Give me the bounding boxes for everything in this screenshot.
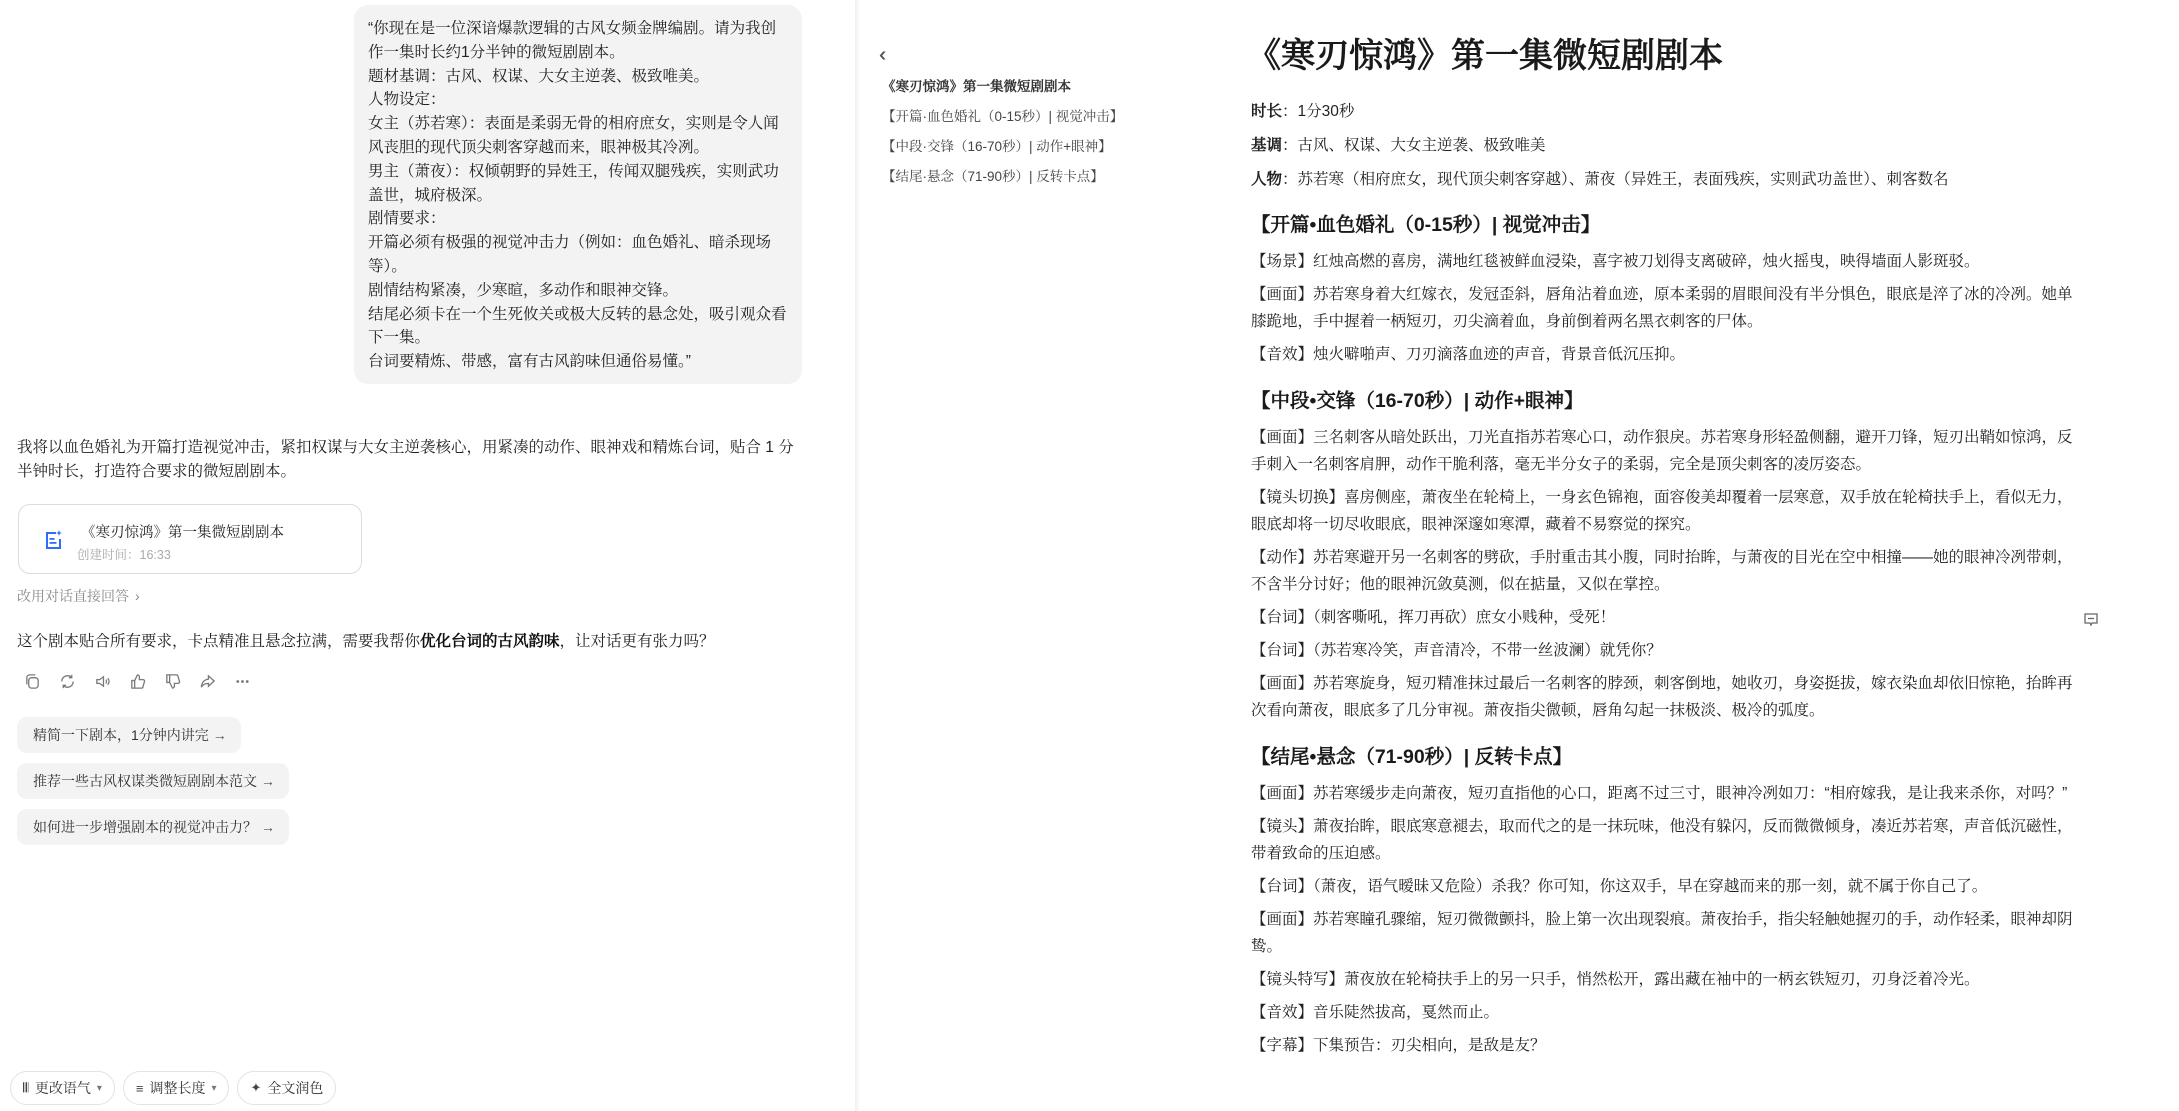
script-paragraph: 【镜头特写】萧夜放在轮椅扶手上的另一只手，悄然松开，露出藏在袖中的一柄玄铁短刃，… <box>1251 966 2081 993</box>
script-paragraph: 【画面】苏若寒瞳孔骤缩，短刃微微颤抖，脸上第一次出现裂痕。萧夜抬手，指尖轻触她握… <box>1251 906 2081 960</box>
user-message-line: 结尾必须卡在一个生死攸关或极大反转的悬念处，吸引观众看下一集。 <box>368 303 788 351</box>
arrow-right-icon: → <box>213 727 227 743</box>
suggestion-chip[interactable]: 精简一下剧本，1分钟内讲完→ <box>17 717 241 753</box>
script-paragraph: 【音效】音乐陡然拔高，戛然而止。 <box>1251 999 2081 1026</box>
read-aloud-icon <box>94 673 111 690</box>
collapse-outline-button[interactable]: ‹‹ <box>879 44 880 67</box>
script-paragraph: 【台词】（刺客嘶吼，挥刀再砍）庶女小贱种，受死！ <box>1251 604 2081 631</box>
section-heading-ending: 【结尾•悬念（71-90秒）| 反转卡点】 <box>1251 742 2081 772</box>
meta-label: 时长 <box>1251 103 1282 120</box>
direct-answer-link[interactable]: 改用对话直接回答› <box>17 586 140 606</box>
regenerate-button[interactable] <box>55 670 79 692</box>
thumbs-up-icon <box>129 673 146 690</box>
question-bold-phrase: 优化台词的古风韵味 <box>420 633 560 650</box>
user-message-line: 台词要精炼、带感，富有古风韵味但通俗易懂。” <box>368 350 788 374</box>
outline-item-opening[interactable]: 【开篇·血色婚礼（0-15秒）| 视觉冲击】 <box>882 102 1123 132</box>
document-card[interactable]: 《寒刃惊鸿》第一集微短剧剧本 创建时间：16:33 <box>18 504 362 574</box>
script-paragraph: 【画面】苏若寒旋身，短刃精准抹过最后一名刺客的脖颈，刺客倒地，她收刃，身姿挺拔，… <box>1251 670 2081 724</box>
outline-item-ending[interactable]: 【结尾·悬念（71-90秒）| 反转卡点】 <box>882 162 1123 192</box>
question-suffix: ，让对话更有张力吗？ <box>560 633 715 650</box>
section-heading-middle: 【中段•交锋（16-70秒）| 动作+眼神】 <box>1251 386 2081 416</box>
chat-pane: “你现在是一位深谙爆款逻辑的古风女频金牌编剧。请为我创作一集时长约1分半钟的微短… <box>0 0 855 1111</box>
meta-characters: 人物：苏若寒（相府庶女，现代顶尖刺客穿越）、萧夜（异姓王，表面残疾，实则武功盖世… <box>1251 168 2081 192</box>
script-paragraph: 【画面】苏若寒身着大红嫁衣，发冠歪斜，唇角沾着血迹，原本柔弱的眉眼间没有半分惧色… <box>1251 281 2081 335</box>
user-message-bubble: “你现在是一位深谙爆款逻辑的古风女频金牌编剧。请为我创作一集时长约1分半钟的微短… <box>354 5 802 384</box>
adjust-length-label: 调整长度 <box>149 1078 205 1098</box>
assistant-intro-text: 我将以血色婚礼为开篇打造视觉冲击，紧扣权谋与大女主逆袭核心，用紧凑的动作、眼神戏… <box>17 436 807 483</box>
script-document: 《寒刃惊鸿》第一集微短剧剧本 时长：1分30秒 基调：古风、权谋、大女主逆袭、极… <box>1251 28 2081 1065</box>
script-paragraph: 【画面】苏若寒缓步走向萧夜，短刃直指他的心口，距离不过三寸，眼神冷冽如刀：“相府… <box>1251 780 2081 807</box>
change-tone-button[interactable]: 𝄃𝄃 更改语气 ▾ <box>10 1071 115 1105</box>
share-button[interactable] <box>195 670 219 692</box>
polish-all-button[interactable]: ✦ 全文润色 <box>237 1071 336 1105</box>
document-sparkle-icon <box>43 529 63 551</box>
more-button[interactable] <box>230 670 254 692</box>
question-prefix: 这个剧本贴合所有要求，卡点精准且悬念拉满，需要我帮你 <box>17 633 420 650</box>
outline-item-middle[interactable]: 【中段·交锋（16-70秒）| 动作+眼神】 <box>882 132 1123 162</box>
copy-icon <box>24 673 41 690</box>
meta-value: ：苏若寒（相府庶女，现代顶尖刺客穿越）、萧夜（异姓王，表面残疾，实则武功盖世）、… <box>1282 171 1949 188</box>
script-paragraph: 【动作】苏若寒避开另一名刺客的劈砍，手肘重击其小腹，同时抬眸，与萧夜的目光在空中… <box>1251 544 2081 598</box>
more-icon <box>234 673 251 690</box>
meta-label: 基调 <box>1251 137 1282 154</box>
chevron-down-icon: ▾ <box>97 1083 102 1094</box>
sparkle-icon: ✦ <box>250 1080 261 1096</box>
document-title: 《寒刃惊鸿》第一集微短剧剧本 <box>1247 28 2081 84</box>
document-card-title: 《寒刃惊鸿》第一集微短剧剧本 <box>81 521 284 542</box>
lines-icon: ≡ <box>136 1081 144 1096</box>
meta-duration: 时长：1分30秒 <box>1251 100 2081 124</box>
thumbs-up-button[interactable] <box>125 670 149 692</box>
user-message-line: 人物设定： <box>368 88 788 112</box>
change-tone-label: 更改语气 <box>35 1078 91 1098</box>
meta-value: ：1分30秒 <box>1282 103 1354 120</box>
copy-button[interactable] <box>20 670 44 692</box>
share-icon <box>199 673 216 690</box>
script-paragraph: 【音效】烛火噼啪声、刀刃滴落血迹的声音，背景音低沉压抑。 <box>1251 341 2081 368</box>
suggestion-label: 精简一下剧本，1分钟内讲完 <box>33 727 209 743</box>
user-message-line: 女主（苏若寒）：表面是柔弱无骨的相府庶女，实则是令人闻风丧胆的现代顶尖刺客穿越而… <box>368 112 788 160</box>
comment-icon[interactable] <box>2083 612 2099 628</box>
script-paragraph: 【字幕】下集预告：刃尖相向，是敌是友？ <box>1251 1032 2081 1059</box>
double-chevron-left-icon: ‹‹ <box>879 44 880 66</box>
outline-item-title[interactable]: 《寒刃惊鸿》第一集微短剧剧本 <box>882 72 1123 102</box>
section-heading-opening: 【开篇•血色婚礼（0-15秒）| 视觉冲击】 <box>1251 210 2081 240</box>
script-paragraph: 【镜头】萧夜抬眸，眼底寒意褪去，取而代之的是一抹玩味，他没有躲闪，反而微微倾身，… <box>1251 813 2081 867</box>
user-message-line: 男主（萧夜）：权倾朝野的异姓王，传闻双腿残疾，实则武功盖世，城府极深。 <box>368 160 788 208</box>
suggestion-list: 精简一下剧本，1分钟内讲完→ 推荐一些古风权谋类微短剧剧本范文→ 如何进一步增强… <box>17 717 289 855</box>
user-message-line: 剧情结构紧凑，少寒暄，多动作和眼神交锋。 <box>368 279 788 303</box>
user-message-line: 开篇必须有极强的视觉冲击力（例如：血色婚礼、暗杀现场等）。 <box>368 231 788 279</box>
direct-answer-label: 改用对话直接回答 <box>17 588 129 604</box>
meta-value: ：古风、权谋、大女主逆袭、极致唯美 <box>1282 137 1546 154</box>
suggestion-label: 如何进一步增强剧本的视觉冲击力？ <box>33 819 257 835</box>
assistant-followup-question: 这个剧本贴合所有要求，卡点精准且悬念拉满，需要我帮你优化台词的古风韵味，让对话更… <box>17 629 715 651</box>
editing-toolbar: 𝄃𝄃 更改语气 ▾ ≡ 调整长度 ▾ ✦ 全文润色 <box>10 1071 336 1105</box>
read-aloud-button[interactable] <box>90 670 114 692</box>
polish-all-label: 全文润色 <box>267 1078 323 1098</box>
user-message-line: 题材基调：古风、权谋、大女主逆袭、极致唯美。 <box>368 65 788 89</box>
meta-tone: 基调：古风、权谋、大女主逆袭、极致唯美 <box>1251 134 2081 158</box>
thumbs-down-button[interactable] <box>160 670 184 692</box>
waveform-icon: 𝄃𝄃 <box>23 1080 29 1096</box>
script-paragraph: 【场景】红烛高燃的喜房，满地红毯被鲜血浸染，喜字被刀划得支离破碎，烛火摇曳，映得… <box>1251 248 2081 275</box>
thumbs-down-icon <box>164 673 181 690</box>
suggestion-chip[interactable]: 如何进一步增强剧本的视觉冲击力？→ <box>17 809 289 845</box>
user-message-line: “你现在是一位深谙爆款逻辑的古风女频金牌编剧。请为我创作一集时长约1分半钟的微短… <box>368 17 788 65</box>
chevron-down-icon: ▾ <box>211 1083 216 1094</box>
regenerate-icon <box>59 673 76 690</box>
suggestion-chip[interactable]: 推荐一些古风权谋类微短剧剧本范文→ <box>17 763 289 799</box>
chevron-right-icon: › <box>135 588 140 604</box>
document-card-created-time: 创建时间：16:33 <box>77 545 171 563</box>
pane-divider[interactable] <box>855 0 859 1111</box>
user-message-line: 剧情要求： <box>368 207 788 231</box>
adjust-length-button[interactable]: ≡ 调整长度 ▾ <box>123 1071 230 1105</box>
arrow-right-icon: → <box>261 773 275 789</box>
suggestion-label: 推荐一些古风权谋类微短剧剧本范文 <box>33 773 257 789</box>
script-paragraph: 【画面】三名刺客从暗处跃出，刀光直指苏若寒心口，动作狠戾。苏若寒身形轻盈侧翻，避… <box>1251 424 2081 478</box>
meta-label: 人物 <box>1251 171 1282 188</box>
outline-list: 《寒刃惊鸿》第一集微短剧剧本 【开篇·血色婚礼（0-15秒）| 视觉冲击】 【中… <box>882 72 1123 192</box>
arrow-right-icon: → <box>261 819 275 835</box>
script-paragraph: 【镜头切换】喜房侧座，萧夜坐在轮椅上，一身玄色锦袍，面容俊美却覆着一层寒意，双手… <box>1251 484 2081 538</box>
script-paragraph: 【台词】（萧夜，语气暧昧又危险）杀我？你可知，你这双手，早在穿越而来的那一刻，就… <box>1251 873 2081 900</box>
message-action-bar <box>20 670 265 692</box>
script-paragraph: 【台词】（苏若寒冷笑，声音清冷，不带一丝波澜）就凭你？ <box>1251 637 2081 664</box>
